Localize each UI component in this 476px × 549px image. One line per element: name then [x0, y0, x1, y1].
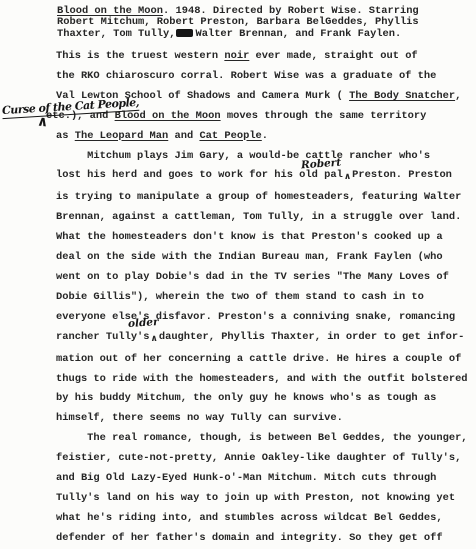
text-run: The real romance, though, is between Bel… [56, 432, 468, 444]
body-line: thugs to ride with the homesteaders, and… [56, 370, 468, 390]
text-run: by his buddy Mitchum, the only guy he kn… [56, 392, 436, 404]
text-run: Walter Brennan, and Frank Faylen. [195, 28, 401, 40]
text-run: . [262, 130, 268, 142]
underlined-title: Cat People [199, 130, 261, 142]
margin-caret-mark: ∧ [36, 113, 49, 130]
text-run: , [455, 90, 461, 102]
text-run: This is the truest western [56, 50, 224, 62]
header-line: Robert Mitchum, Robert Preston, Barbara … [57, 17, 419, 28]
text-run: moves through the same territory [221, 110, 427, 122]
body-line: Dobie Gillis"), wherein the two of them … [56, 288, 468, 308]
underlined-title: Blood on the Moon [115, 110, 221, 122]
underlined-title: The Body Snatcher [349, 90, 455, 102]
text-run: is trying to manipulate a group of homes… [56, 191, 461, 203]
handwritten-insertion-older: older [128, 316, 159, 330]
text-run: everyone else's disfavor. Preston's a co… [56, 311, 455, 323]
text-run: Robert Mitchum, Robert Preston, Barbara … [57, 16, 419, 28]
body-line: as The Leopard Man and Cat People. [56, 127, 468, 147]
text-run: the RKO chiaroscuro corral. Robert Wise … [56, 70, 436, 82]
body-line: defender of her father's domain and inte… [56, 529, 468, 549]
text-run: Tully's land on his way to join up with … [56, 492, 455, 504]
review-body-block: This is the truest western noir ever mad… [56, 47, 468, 549]
body-line: deal on the side with the Indian Bureau … [56, 248, 468, 268]
text-run: deal on the side with the Indian Bureau … [56, 251, 443, 263]
text-run: himself, there seems no way Tully can su… [56, 412, 343, 424]
body-line: lost his herd and goes to work for his o… [56, 166, 468, 188]
text-run: Thaxter, Tom Tully, [57, 28, 175, 40]
body-line: Mitchum plays Jim Gary, a would-be cattl… [56, 147, 468, 167]
underlined-title: The Leopard Man [75, 130, 169, 142]
text-run: feistier, cute-not-pretty, Annie Oakley-… [56, 452, 461, 464]
body-line: and Big Old Lazy-Eyed Hunk-o'-Man Mitchu… [56, 469, 468, 489]
text-run: went on to play Dobie's dad in the TV se… [56, 271, 449, 283]
body-line: What the homesteaders don't know is that… [56, 228, 468, 248]
body-line: rancher Tully's∧daughter, Phyllis Thaxte… [56, 328, 468, 350]
body-line: The real romance, though, is between Bel… [56, 429, 468, 449]
caret-mark: ∧ [151, 334, 158, 344]
typescript-page: Blood on the Moon. 1948. Directed by Rob… [0, 0, 476, 549]
body-line: by his buddy Mitchum, the only guy he kn… [56, 389, 468, 409]
body-line: is trying to manipulate a group of homes… [56, 188, 468, 208]
body-line: the RKO chiaroscuro corral. Robert Wise … [56, 67, 468, 87]
body-line: This is the truest western noir ever mad… [56, 47, 468, 67]
body-line: went on to play Dobie's dad in the TV se… [56, 268, 468, 288]
text-run: defender of her father's domain and inte… [56, 532, 443, 544]
body-line: feistier, cute-not-pretty, Annie Oakley-… [56, 449, 468, 469]
body-line: everyone else's disfavor. Preston's a co… [56, 308, 468, 328]
body-line: mation out of her concerning a cattle dr… [56, 350, 468, 370]
text-run: rancher Tully's [56, 331, 150, 343]
redaction-mark [176, 29, 193, 37]
text-run: What the homesteaders don't know is that… [56, 231, 443, 243]
body-line: Brennan, against a cattleman, Tom Tully,… [56, 208, 468, 228]
text-run: what he's riding into, and stumbles acro… [56, 512, 443, 524]
text-run: and Big Old Lazy-Eyed Hunk-o'-Man Mitchu… [56, 472, 436, 484]
text-run: ever made, straight out of [249, 50, 417, 62]
header-line: Thaxter, Tom Tully,Walter Brennan, and F… [57, 28, 419, 40]
text-run: Mitchum plays Jim Gary, a would-be cattl… [56, 150, 430, 162]
text-run: Dobie Gillis"), wherein the two of them … [56, 291, 424, 303]
credits-header-block: Blood on the Moon. 1948. Directed by Rob… [57, 6, 419, 40]
body-line: Tully's land on his way to join up with … [56, 489, 468, 509]
text-run: Brennan, against a cattleman, Tom Tully,… [56, 211, 461, 223]
caret-mark: ∧ [344, 172, 351, 182]
text-run: mation out of her concerning a cattle dr… [56, 353, 461, 365]
text-run: daughter, Phyllis Thaxter, in order to g… [159, 331, 465, 343]
text-run: thugs to ride with the homesteaders, and… [56, 373, 468, 385]
text-run: and [168, 130, 199, 142]
text-run: lost his herd and goes to work for his o… [56, 169, 343, 181]
text-run: as [56, 130, 75, 142]
underlined-title: noir [224, 50, 249, 62]
text-run: Preston. Preston [352, 169, 452, 181]
body-line: himself, there seems no way Tully can su… [56, 409, 468, 429]
body-line: what he's riding into, and stumbles acro… [56, 509, 468, 529]
